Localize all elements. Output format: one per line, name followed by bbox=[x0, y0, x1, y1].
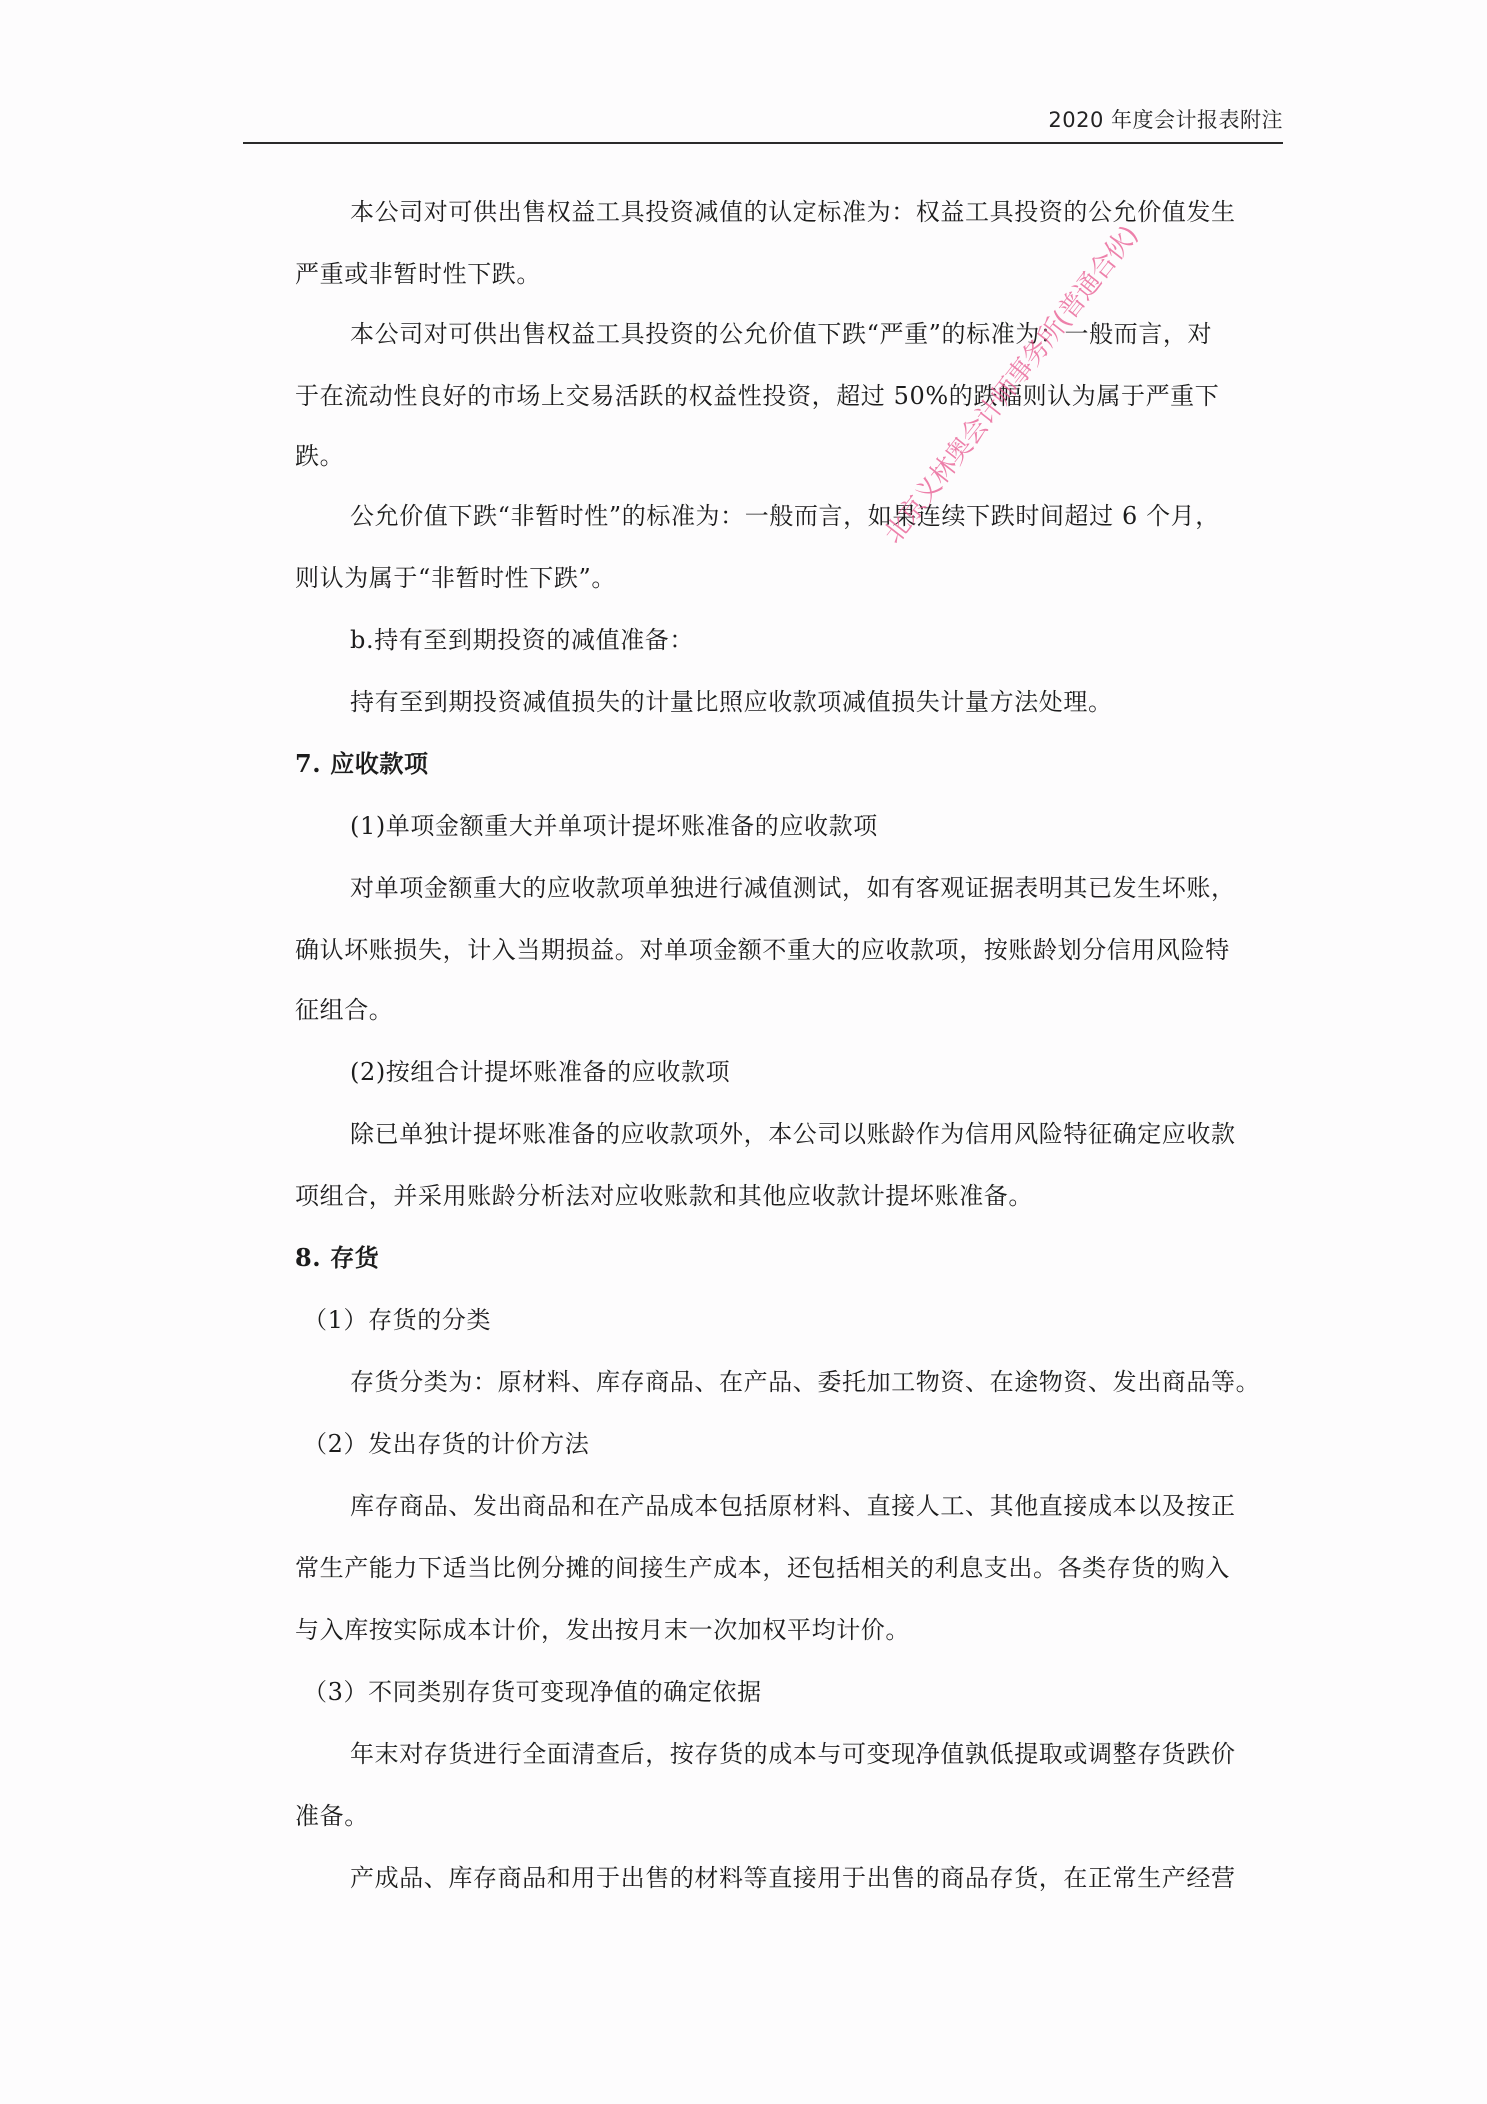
text-line: 跌。 bbox=[295, 440, 344, 472]
text-line: 持有至到期投资减值损失的计量比照应收款项减值损失计量方法处理。 bbox=[350, 686, 1113, 718]
text-line: 本公司对可供出售权益工具投资的公允价值下跌“严重”的标准为：一般而言，对 bbox=[350, 318, 1212, 350]
text-line: 征组合。 bbox=[295, 994, 393, 1026]
page-header: 2020 年度会计报表附注 bbox=[243, 104, 1283, 144]
text-line: （1）存货的分类 bbox=[303, 1304, 491, 1336]
text-line: 于在流动性良好的市场上交易活跃的权益性投资，超过 50%的跌幅则认为属于严重下 bbox=[295, 380, 1219, 412]
text-line: (2)按组合计提坏账准备的应收款项 bbox=[350, 1056, 730, 1088]
section-heading: 7. 应收款项 bbox=[295, 748, 429, 780]
text-line: 常生产能力下适当比例分摊的间接生产成本，还包括相关的利息支出。各类存货的购入 bbox=[295, 1552, 1230, 1584]
text-line: 确认坏账损失，计入当期损益。对单项金额不重大的应收款项，按账龄划分信用风险特 bbox=[295, 934, 1230, 966]
header-divider bbox=[243, 142, 1283, 144]
text-line: 对单项金额重大的应收款项单独进行减值测试，如有客观证据表明其已发生坏账， bbox=[350, 872, 1236, 904]
text-line: 本公司对可供出售权益工具投资减值的认定标准为：权益工具投资的公允价值发生 bbox=[350, 196, 1236, 228]
text-line: 则认为属于“非暂时性下跌”。 bbox=[295, 562, 616, 594]
text-line: 公允价值下跌“非暂时性”的标准为：一般而言，如果连续下跌时间超过 6 个月， bbox=[350, 500, 1220, 532]
text-line: 年末对存货进行全面清查后，按存货的成本与可变现净值孰低提取或调整存货跌价 bbox=[350, 1738, 1236, 1770]
text-line: 与入库按实际成本计价，发出按月末一次加权平均计价。 bbox=[295, 1614, 910, 1646]
text-line: 除已单独计提坏账准备的应收款项外，本公司以账龄作为信用风险特征确定应收款 bbox=[350, 1118, 1236, 1150]
text-line: （2）发出存货的计价方法 bbox=[303, 1428, 589, 1460]
text-line: 准备。 bbox=[295, 1800, 369, 1832]
text-line: 库存商品、发出商品和在产品成本包括原材料、直接人工、其他直接成本以及按正 bbox=[350, 1490, 1236, 1522]
text-line: 严重或非暂时性下跌。 bbox=[295, 258, 541, 290]
text-line: 项组合，并采用账龄分析法对应收账款和其他应收款计提坏账准备。 bbox=[295, 1180, 1033, 1212]
text-line: （3）不同类别存货可变现净值的确定依据 bbox=[303, 1676, 762, 1708]
text-line: 存货分类为：原材料、库存商品、在产品、委托加工物资、在途物资、发出商品等。 bbox=[350, 1366, 1260, 1398]
text-line: b.持有至到期投资的减值准备： bbox=[350, 624, 694, 656]
header-title: 2020 年度会计报表附注 bbox=[1048, 104, 1283, 134]
text-line: (1)单项金额重大并单项计提坏账准备的应收款项 bbox=[350, 810, 878, 842]
text-line: 产成品、库存商品和用于出售的材料等直接用于出售的商品存货，在正常生产经营 bbox=[350, 1862, 1236, 1894]
section-heading: 8. 存货 bbox=[295, 1242, 379, 1274]
